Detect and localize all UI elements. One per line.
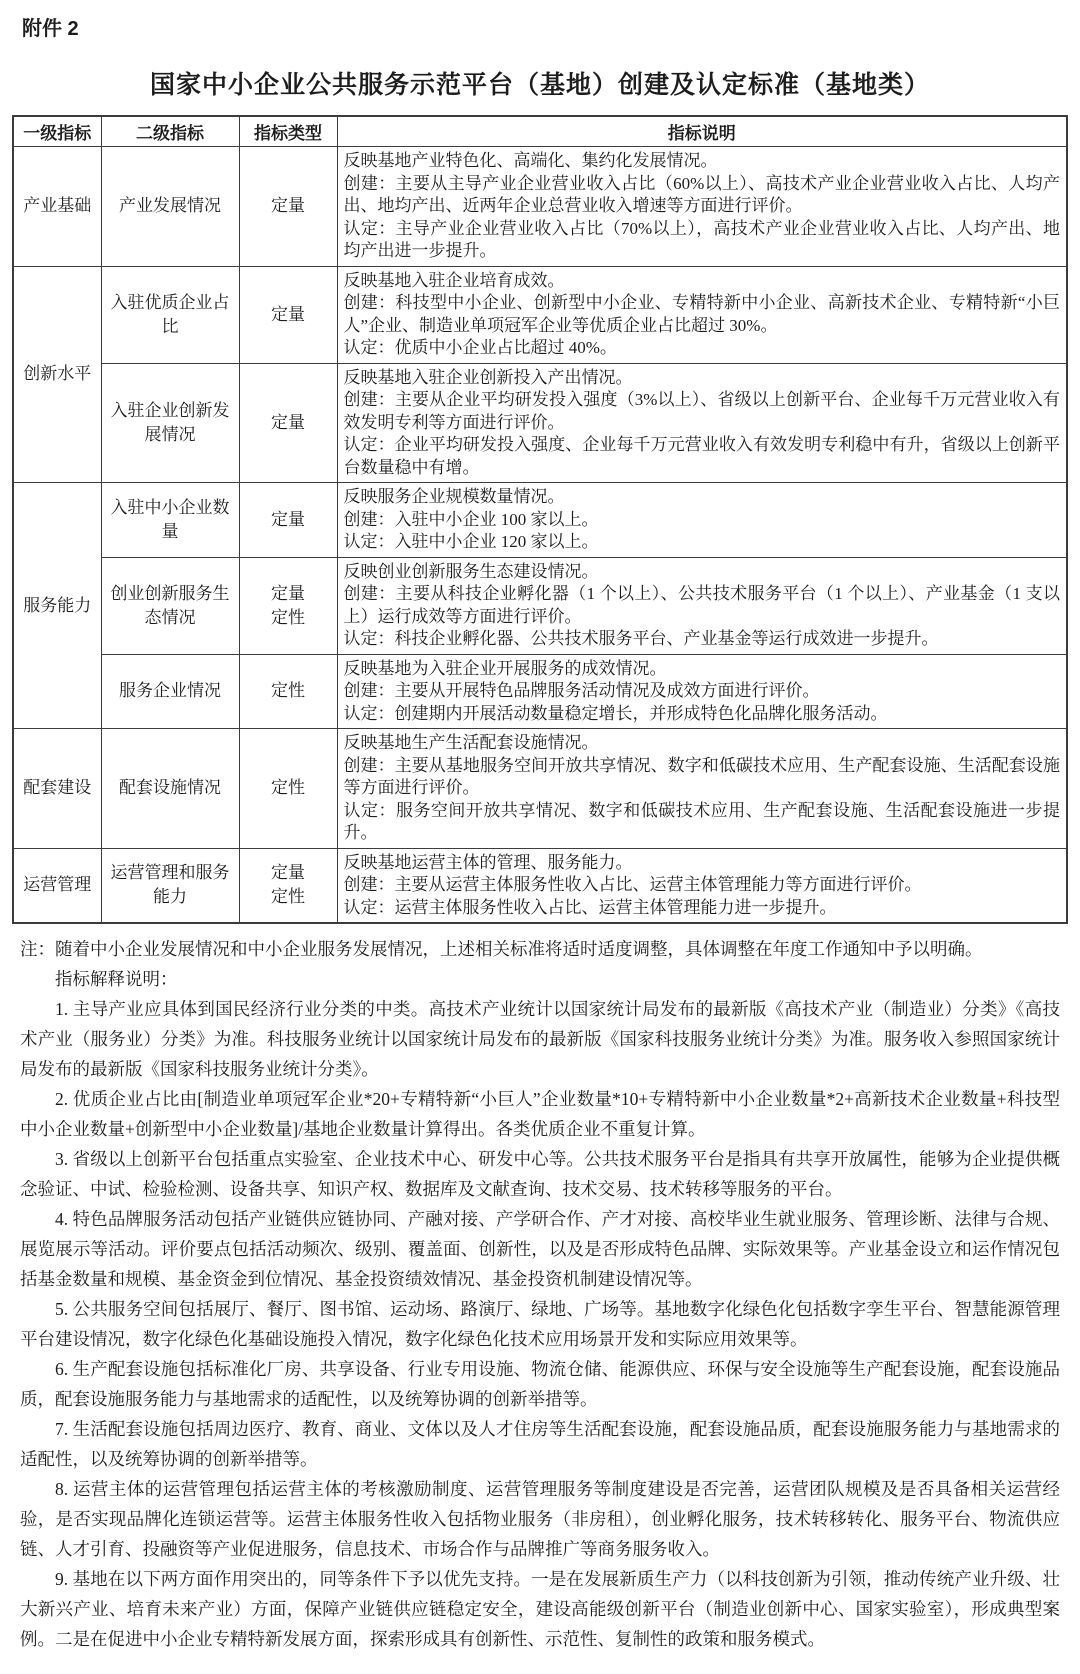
- desc-line: 反映基地入驻企业培育成效。: [344, 270, 1061, 293]
- level1-cell: 服务能力: [13, 483, 101, 729]
- level2-cell: 入驻中小企业数量: [101, 483, 239, 558]
- desc-line: 创建：主要从运营主体服务性收入占比、运营主体管理能力等方面进行评价。: [344, 874, 1061, 897]
- type-cell: 定量: [239, 363, 337, 483]
- note-item: 4. 特色品牌服务活动包括产业链供应链协同、产融对接、产学研合作、产才对接、高校…: [20, 1204, 1060, 1294]
- desc-line: 反映创业创新服务生态建设情况。: [344, 561, 1061, 584]
- desc-line: 创建：主要从开展特色品牌服务活动情况及成效方面进行评价。: [344, 680, 1061, 703]
- level2-cell: 产业发展情况: [101, 147, 239, 267]
- notes-heading: 指标解释说明：: [20, 964, 1060, 994]
- col-header-type: 指标类型: [239, 116, 337, 147]
- standards-table: 一级指标 二级指标 指标类型 指标说明 产业基础 产业发展情况 定量 反映基地产…: [12, 115, 1068, 924]
- level2-cell: 入驻企业创新发展情况: [101, 363, 239, 483]
- desc-line: 创建：主要从企业平均研发投入强度（3%以上）、省级以上创新平台、企业每千万元营业…: [344, 389, 1061, 434]
- col-header-level2: 二级指标: [101, 116, 239, 147]
- table-row: 创业创新服务生态情况 定量 定性 反映创业创新服务生态建设情况。 创建：主要从科…: [13, 557, 1067, 654]
- desc-line: 创建：主要从基地服务空间开放共享情况、数字和低碳技术应用、生产配套设施、生活配套…: [344, 755, 1061, 800]
- desc-line: 认定：运营主体服务性收入占比、运营主体管理能力进一步提升。: [344, 897, 1061, 920]
- table-row: 创新水平 入驻优质企业占比 定量 反映基地入驻企业培育成效。 创建：科技型中小企…: [13, 266, 1067, 363]
- type-cell: 定性: [239, 654, 337, 729]
- col-header-desc: 指标说明: [337, 116, 1067, 147]
- type-cell: 定量 定性: [239, 848, 337, 923]
- table-row: 入驻企业创新发展情况 定量 反映基地入驻企业创新投入产出情况。 创建：主要从企业…: [13, 363, 1067, 483]
- desc-line: 创建：主要从主导产业企业营业收入占比（60%以上）、高技术产业企业营业收入占比、…: [344, 173, 1061, 218]
- level1-cell: 运营管理: [13, 848, 101, 923]
- desc-line: 创建：科技型中小企业、创新型中小企业、专精特新中小企业、高新技术企业、专精特新“…: [344, 292, 1061, 337]
- page-title: 国家中小企业公共服务示范平台（基地）创建及认定标准（基地类）: [8, 65, 1072, 101]
- desc-cell: 反映创业创新服务生态建设情况。 创建：主要从科技企业孵化器（1 个以上）、公共技…: [337, 557, 1067, 654]
- desc-line: 认定：科技企业孵化器、公共技术服务平台、产业基金等运行成效进一步提升。: [344, 628, 1061, 651]
- type-cell: 定量: [239, 266, 337, 363]
- table-header-row: 一级指标 二级指标 指标类型 指标说明: [13, 116, 1067, 147]
- desc-line: 反映服务企业规模数量情况。: [344, 486, 1061, 509]
- desc-line: 创建：入驻中小企业 100 家以上。: [344, 509, 1061, 532]
- desc-line: 认定：企业平均研发投入强度、企业每千万元营业收入有效发明专利稳中有升，省级以上创…: [344, 434, 1061, 479]
- desc-line: 反映基地入驻企业创新投入产出情况。: [344, 367, 1061, 390]
- level1-cell: 产业基础: [13, 147, 101, 267]
- note-item: 3. 省级以上创新平台包括重点实验室、企业技术中心、研发中心等。公共技术服务平台…: [20, 1144, 1060, 1204]
- desc-line: 反映基地产业特色化、高端化、集约化发展情况。: [344, 150, 1061, 173]
- desc-cell: 反映基地生产生活配套设施情况。 创建：主要从基地服务空间开放共享情况、数字和低碳…: [337, 729, 1067, 849]
- desc-line: 创建：主要从科技企业孵化器（1 个以上）、公共技术服务平台（1 个以上）、产业基…: [344, 583, 1061, 628]
- level2-cell: 配套设施情况: [101, 729, 239, 849]
- note-item: 1. 主导产业应具体到国民经济行业分类的中类。高技术产业统计以国家统计局发布的最…: [20, 994, 1060, 1084]
- table-row: 配套建设 配套设施情况 定性 反映基地生产生活配套设施情况。 创建：主要从基地服…: [13, 729, 1067, 849]
- level2-cell: 入驻优质企业占比: [101, 266, 239, 363]
- desc-line: 认定：服务空间开放共享情况、数字和低碳技术应用、生产配套设施、生活配套设施进一步…: [344, 800, 1061, 845]
- type-cell: 定性: [239, 729, 337, 849]
- document-page: 附件 2 国家中小企业公共服务示范平台（基地）创建及认定标准（基地类） 一级指标…: [0, 0, 1080, 1674]
- desc-line: 反映基地运营主体的管理、服务能力。: [344, 852, 1061, 875]
- table-row: 服务企业情况 定性 反映基地为入驻企业开展服务的成效情况。 创建：主要从开展特色…: [13, 654, 1067, 729]
- table-row: 运营管理 运营管理和服务能力 定量 定性 反映基地运营主体的管理、服务能力。 创…: [13, 848, 1067, 923]
- table-row: 产业基础 产业发展情况 定量 反映基地产业特色化、高端化、集约化发展情况。 创建…: [13, 147, 1067, 267]
- level2-cell: 创业创新服务生态情况: [101, 557, 239, 654]
- desc-cell: 反映服务企业规模数量情况。 创建：入驻中小企业 100 家以上。 认定：入驻中小…: [337, 483, 1067, 558]
- type-cell: 定量: [239, 147, 337, 267]
- note-item: 9. 基地在以下两方面作用突出的，同等条件下予以优先支持。一是在发展新质生产力（…: [20, 1564, 1060, 1654]
- note-item: 6. 生产配套设施包括标准化厂房、共享设备、行业专用设施、物流仓储、能源供应、环…: [20, 1354, 1060, 1414]
- note-item: 5. 公共服务空间包括展厅、餐厅、图书馆、运动场、路演厅、绿地、广场等。基地数字…: [20, 1294, 1060, 1354]
- notes-section: 注：随着中小企业发展情况和中小企业服务发展情况，上述相关标准将适时适度调整，具体…: [20, 934, 1060, 1654]
- table-row: 服务能力 入驻中小企业数量 定量 反映服务企业规模数量情况。 创建：入驻中小企业…: [13, 483, 1067, 558]
- note-item: 8. 运营主体的运营管理包括运营主体的考核激励制度、运营管理服务等制度建设是否完…: [20, 1474, 1060, 1564]
- desc-line: 认定：入驻中小企业 120 家以上。: [344, 531, 1061, 554]
- desc-line: 认定：优质中小企业占比超过 40%。: [344, 337, 1061, 360]
- level1-cell: 配套建设: [13, 729, 101, 849]
- desc-line: 反映基地为入驻企业开展服务的成效情况。: [344, 658, 1061, 681]
- attachment-label: 附件 2: [22, 12, 1072, 41]
- desc-cell: 反映基地为入驻企业开展服务的成效情况。 创建：主要从开展特色品牌服务活动情况及成…: [337, 654, 1067, 729]
- desc-line: 认定：创建期内开展活动数量稳定增长，并形成特色化品牌化服务活动。: [344, 703, 1061, 726]
- desc-line: 认定：主导产业企业营业收入占比（70%以上），高技术产业企业营业收入占比、人均产…: [344, 218, 1061, 263]
- desc-cell: 反映基地入驻企业培育成效。 创建：科技型中小企业、创新型中小企业、专精特新中小企…: [337, 266, 1067, 363]
- note-item: 7. 生活配套设施包括周边医疗、教育、商业、文体以及人才住房等生活配套设施，配套…: [20, 1414, 1060, 1474]
- col-header-level1: 一级指标: [13, 116, 101, 147]
- level2-cell: 运营管理和服务能力: [101, 848, 239, 923]
- type-cell: 定量: [239, 483, 337, 558]
- desc-cell: 反映基地入驻企业创新投入产出情况。 创建：主要从企业平均研发投入强度（3%以上）…: [337, 363, 1067, 483]
- desc-cell: 反映基地产业特色化、高端化、集约化发展情况。 创建：主要从主导产业企业营业收入占…: [337, 147, 1067, 267]
- level1-cell: 创新水平: [13, 266, 101, 483]
- type-cell: 定量 定性: [239, 557, 337, 654]
- note-item: 2. 优质企业占比由[制造业单项冠军企业*20+专精特新“小巨人”企业数量*10…: [20, 1084, 1060, 1144]
- note-general: 注：随着中小企业发展情况和中小企业服务发展情况，上述相关标准将适时适度调整，具体…: [20, 934, 1060, 964]
- level2-cell: 服务企业情况: [101, 654, 239, 729]
- desc-cell: 反映基地运营主体的管理、服务能力。 创建：主要从运营主体服务性收入占比、运营主体…: [337, 848, 1067, 923]
- desc-line: 反映基地生产生活配套设施情况。: [344, 732, 1061, 755]
